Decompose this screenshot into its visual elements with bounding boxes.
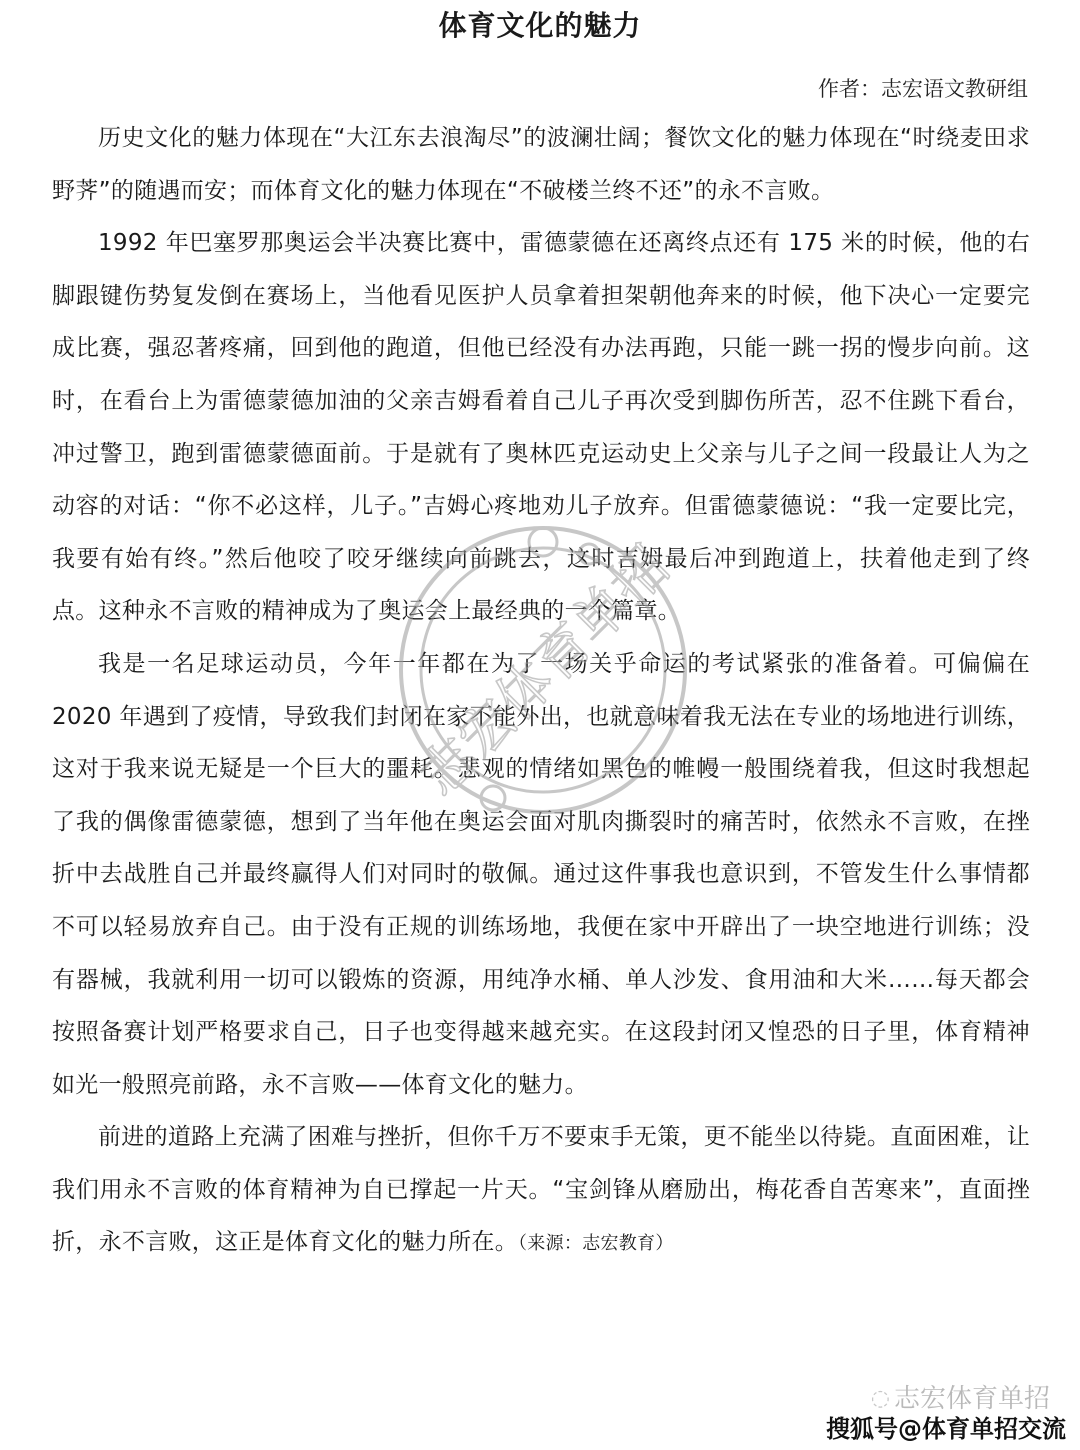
paragraph-text: 历史文化的魅力体现在“大江东去浪淘尽”的波澜壮阔；餐饮文化的魅力体现在“时绕麦田… — [52, 125, 1030, 204]
article-body: 历史文化的魅力体现在“大江东去浪淘尽”的波澜壮阔；餐饮文化的魅力体现在“时绕麦田… — [52, 112, 1030, 1271]
paragraph-intro: 历史文化的魅力体现在“大江东去浪淘尽”的波澜壮阔；餐饮文化的魅力体现在“时绕麦田… — [52, 112, 1030, 217]
paragraph-personal-story: 我是一名足球运动员，今年一年都在为了一场关乎命运的考试紧张的准备着。可偏偏在 2… — [52, 638, 1030, 1111]
paragraph-text: 1992 年巴塞罗那奥运会半决赛比赛中，雷德蒙德在还离终点还有 175 米的时候… — [52, 230, 1030, 624]
author-line: 作者：志宏语文教研组 — [818, 74, 1028, 104]
paragraph-conclusion: 前进的道路上充满了困难与挫折，但你千万不要束手无策，更不能坐以待毙。直面困难，让… — [52, 1111, 1030, 1271]
wechat-account-name: 志宏体育单招 — [894, 1384, 1050, 1414]
paragraph-redmond-story: 1992 年巴塞罗那奥运会半决赛比赛中，雷德蒙德在还离终点还有 175 米的时候… — [52, 217, 1030, 638]
sohu-credit: 搜狐号@体育单招交流 — [826, 1414, 1066, 1444]
source-note: （来源：志宏教育） — [518, 1233, 674, 1254]
wechat-logo: ◌ 志宏体育单招 — [871, 1384, 1050, 1414]
wechat-icon: ◌ — [871, 1384, 890, 1414]
document-title: 体育文化的魅力 — [0, 4, 1080, 48]
paragraph-text: 我是一名足球运动员，今年一年都在为了一场关乎命运的考试紧张的准备着。可偏偏在 2… — [52, 651, 1030, 1098]
